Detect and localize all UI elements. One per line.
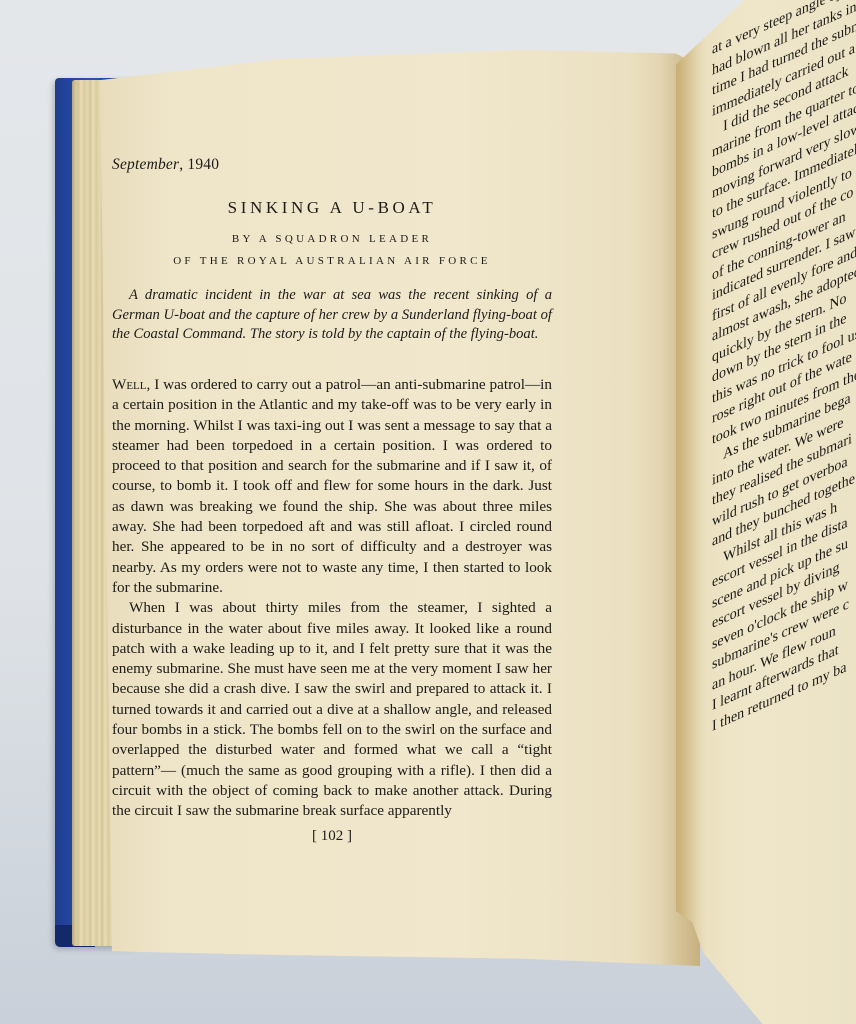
body-paragraph-1: Well, I was ordered to carry out a patro… xyxy=(112,375,552,598)
running-head-year: , 1940 xyxy=(179,156,219,173)
page-number: [ 102 ] xyxy=(112,828,552,845)
intro-paragraph: A dramatic incident in the war at sea wa… xyxy=(112,286,552,345)
byline-line-2: OF THE ROYAL AUSTRALIAN AIR FORCE xyxy=(112,255,552,267)
right-page-text: at a very steep angle by thehad blown al… xyxy=(712,0,856,737)
running-head: September, 1940 xyxy=(112,156,219,174)
running-head-month: September xyxy=(112,156,179,173)
body-text: Well, I was ordered to carry out a patro… xyxy=(112,375,552,822)
article-title: SINKING A U-BOAT xyxy=(112,198,552,218)
body-paragraph-2: When I was about thirty miles from the s… xyxy=(112,598,552,821)
byline-line-1: BY A SQUADRON LEADER xyxy=(112,233,552,245)
gutter-shadow-right xyxy=(676,0,706,1024)
drop-word: Well xyxy=(112,376,147,393)
paragraph-text: , I was ordered to carry out a patrol—an… xyxy=(112,376,552,596)
